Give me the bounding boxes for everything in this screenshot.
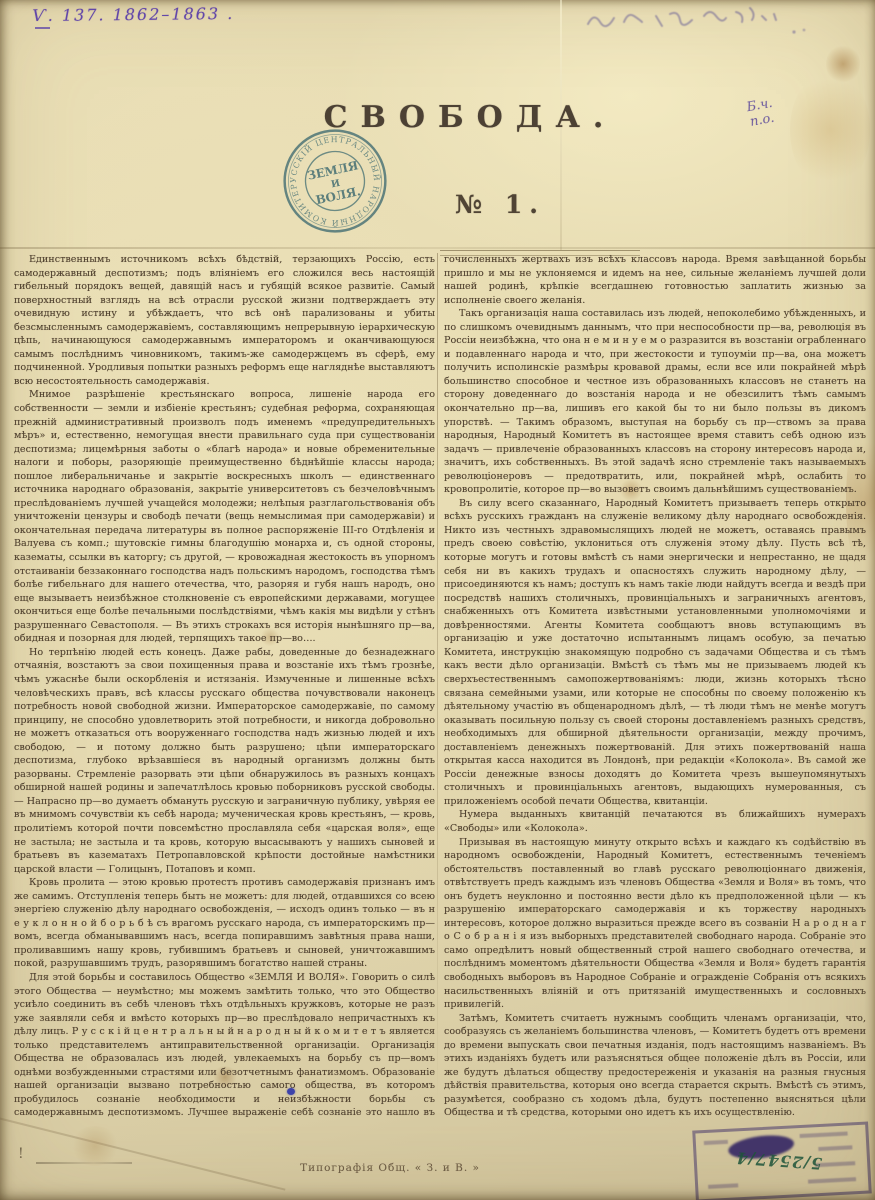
text-paragraph: Кровь пролита — этою кровью протестъ про… bbox=[14, 876, 435, 971]
issue-number: № 1. bbox=[425, 190, 575, 219]
ink-note-handwriting: Б.ч. п.о. bbox=[746, 96, 777, 130]
archive-number-handwriting: Ѵ. 137. 1862–1863 . bbox=[32, 4, 234, 25]
pencil-exclamation-mark: ! bbox=[18, 1146, 24, 1162]
zemlya-i-volya-seal-stamp: РУССКІЙ ЦЕНТРАЛЬНЫЙ НАРОДНЫЙ КОМИТЕТЪ ЗЕ… bbox=[267, 113, 402, 248]
text-paragraph: Такъ организація наша составилась изъ лю… bbox=[444, 307, 866, 497]
column-divider-rule bbox=[437, 253, 438, 1108]
text-paragraph: Нумера выданныхъ квитанцій печатаются въ… bbox=[444, 808, 866, 835]
stain-spot bbox=[790, 70, 870, 190]
text-paragraph: Въ силу всего сказаннаго, Народный Комит… bbox=[444, 497, 866, 809]
stamp-illegible-line bbox=[808, 1177, 856, 1184]
ink-blot-dot bbox=[287, 1088, 295, 1095]
scanned-paper-sheet: Ѵ. 137. 1862–1863 . Б.ч. п.о. СВОБОДА. №… bbox=[0, 0, 875, 1200]
text-paragraph: Затѣмъ, Комитетъ считаетъ нужнымъ сообщи… bbox=[444, 1012, 866, 1120]
stamp-illegible-line bbox=[704, 1140, 728, 1145]
right-text-column: гочисленныхъ жертвахъ изъ всѣхъ классовъ… bbox=[444, 253, 866, 1121]
stamp-illegible-line bbox=[800, 1132, 848, 1139]
text-paragraph: Призывая въ настоящую минуту открыто всѣ… bbox=[444, 836, 866, 1012]
text-paragraph: Для этой борьбы и составилось Общество «… bbox=[14, 971, 435, 1121]
horizontal-fold-crease bbox=[0, 247, 875, 249]
stain-spot bbox=[826, 44, 860, 84]
bleed-through-handwriting bbox=[580, 2, 820, 46]
text-paragraph: Единственнымъ источникомъ всѣхъ бѣдствій… bbox=[14, 253, 435, 388]
stamp-illegible-line bbox=[818, 1145, 852, 1151]
text-paragraph: Мнимое разрѣшеніе крестьянскаго вопроса,… bbox=[14, 388, 435, 645]
pencil-dash-mark bbox=[36, 1162, 132, 1164]
ink-note-line2: п.о. bbox=[748, 111, 776, 130]
handwriting-underline bbox=[35, 27, 50, 29]
wrinkle-line bbox=[0, 1111, 285, 1190]
text-paragraph: Но терпѣнію людей есть конецъ. Даже рабы… bbox=[14, 646, 435, 876]
left-text-column: Единственнымъ источникомъ всѣхъ бѣдствій… bbox=[14, 253, 435, 1121]
stamp-number-handwriting: 5/2547/4 bbox=[718, 1147, 839, 1174]
stain-spot bbox=[70, 1126, 120, 1166]
text-paragraph: гочисленныхъ жертвахъ изъ всѣхъ классовъ… bbox=[444, 253, 866, 307]
archive-rectangular-stamp: 5/2547/4 bbox=[692, 1121, 872, 1200]
stamp-illegible-line bbox=[708, 1183, 738, 1189]
